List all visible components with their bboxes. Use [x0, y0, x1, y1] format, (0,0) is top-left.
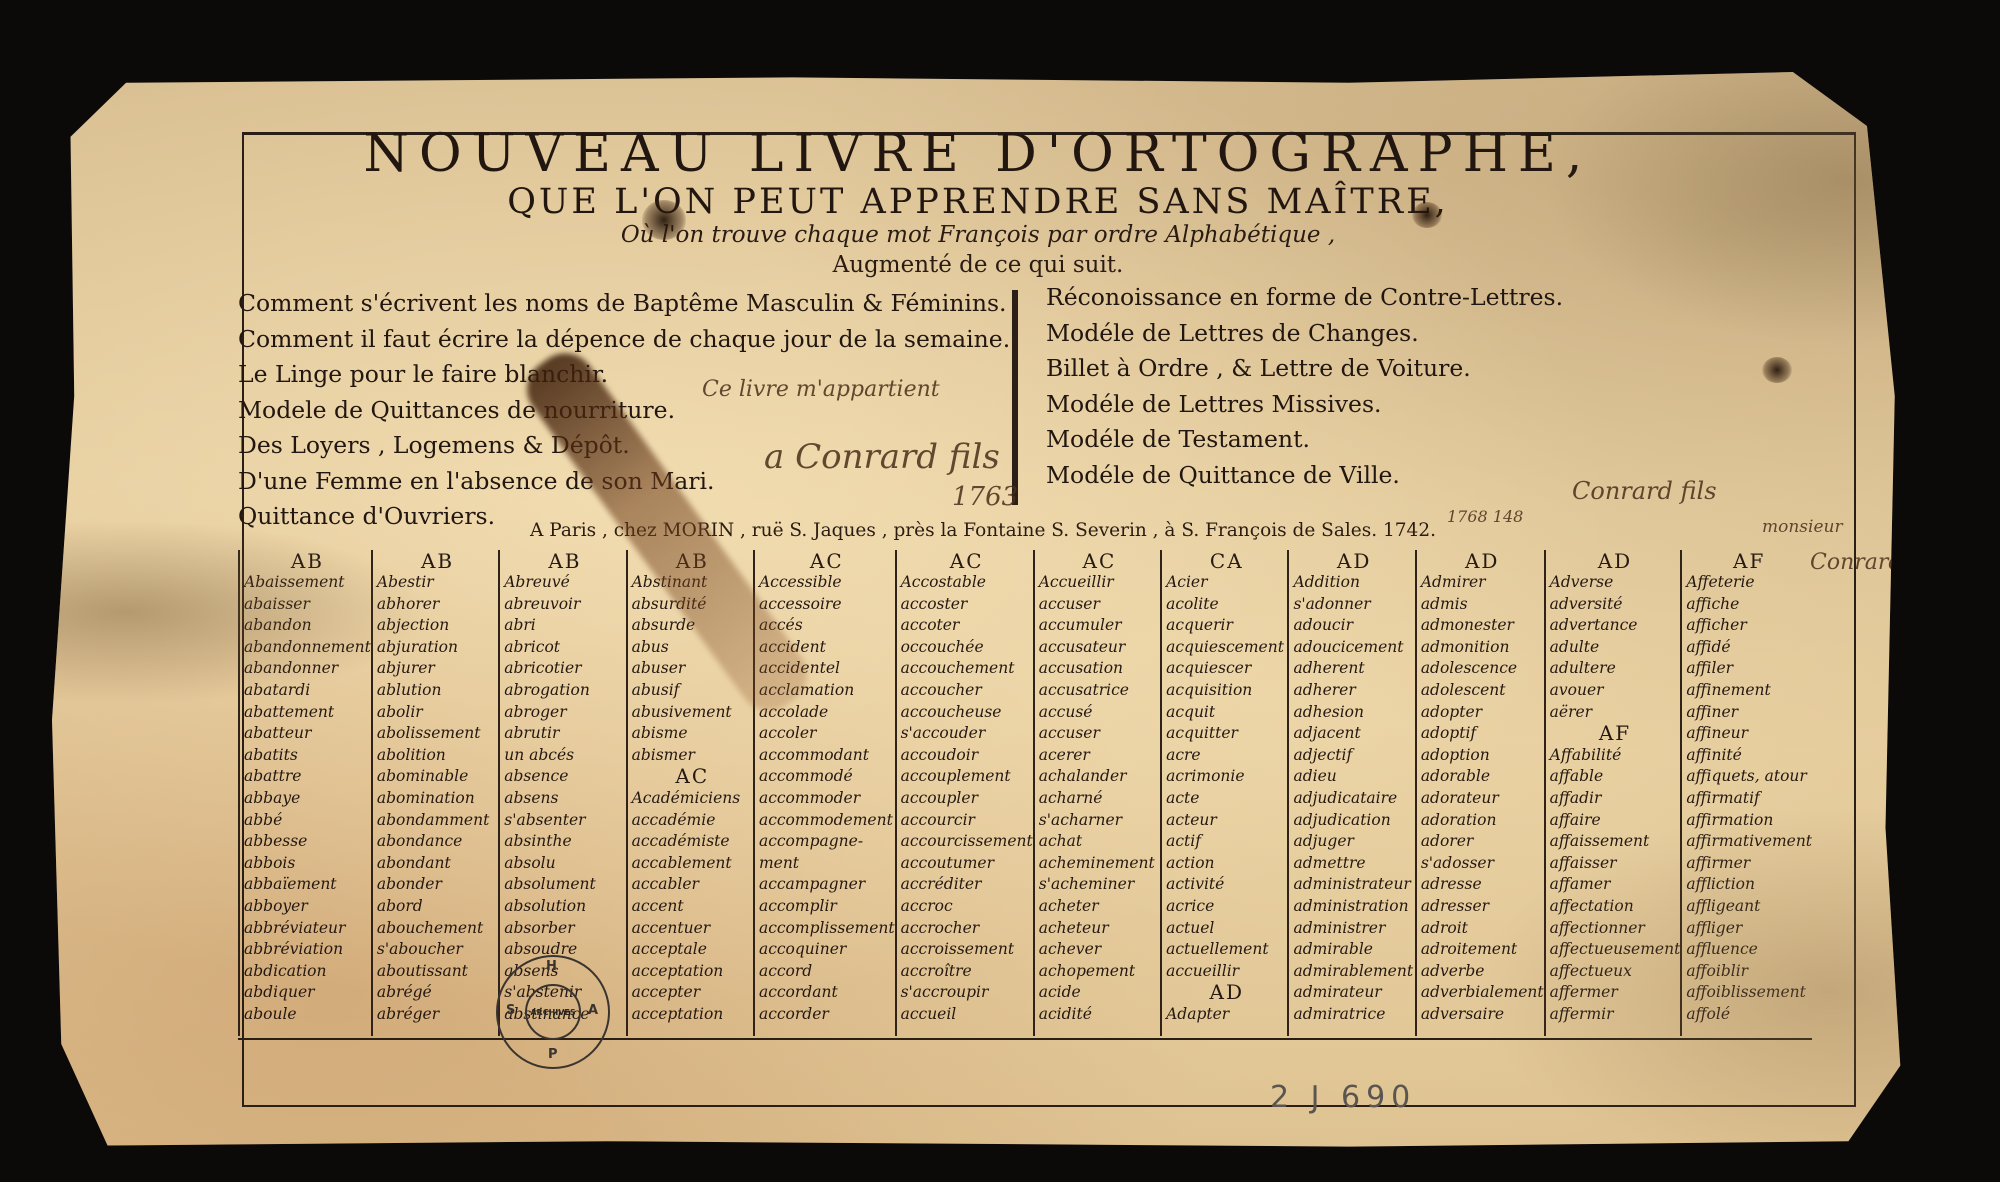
word-entry: Accueillir: [1039, 572, 1160, 594]
word-entry: accusation: [1039, 658, 1160, 680]
word-entry: accuser: [1039, 594, 1160, 616]
word-entry: accoquiner: [759, 939, 895, 961]
word-entry: acide: [1039, 982, 1160, 1004]
word-entry: abbé: [244, 810, 371, 832]
word-entry: achopement: [1039, 961, 1160, 983]
word-entry: achat: [1039, 831, 1160, 853]
word-entry: s'adonner: [1293, 594, 1414, 616]
word-entry: Académiciens: [632, 788, 753, 810]
word-entry: adversaire: [1421, 1004, 1544, 1026]
word-entry: abattre: [244, 766, 371, 788]
word-entry: absens: [504, 788, 625, 810]
word-entry: accoupler: [901, 788, 1033, 810]
title-line-2: QUE L'ON PEUT APPRENDRE SANS MAÎTRE,: [52, 182, 1904, 222]
word-column: ABAbestirabhorerabjectionabjurationabjur…: [371, 550, 498, 1036]
word-entry: affiler: [1686, 658, 1812, 680]
word-entry: ablution: [377, 680, 498, 702]
word-column: AFAffeterieafficheafficheraffidéaffilera…: [1680, 550, 1812, 1036]
word-column: ADAdverseadversitéadvertanceadulteadulte…: [1544, 550, 1681, 1036]
word-entry: accentuer: [632, 918, 753, 940]
word-entry: abolition: [377, 745, 498, 767]
word-entry: accoucher: [901, 680, 1033, 702]
word-entry: abondant: [377, 853, 498, 875]
word-entry: absorber: [504, 918, 625, 940]
stamp-letter-top: H: [546, 959, 557, 974]
ink-stain-dot: [1762, 357, 1792, 383]
word-entry: adjectif: [1293, 745, 1414, 767]
word-entry: abattement: [244, 702, 371, 724]
word-entry: affermir: [1550, 1004, 1681, 1026]
word-entry: affirmation: [1686, 810, 1812, 832]
word-entry: affolé: [1686, 1004, 1812, 1026]
column-heading: AC: [901, 550, 1033, 572]
word-entry: adolescent: [1421, 680, 1544, 702]
handwritten-signature: a Conrard fils: [764, 437, 1000, 477]
word-entry: abondamment: [377, 810, 498, 832]
word-entry: abomination: [377, 788, 498, 810]
word-entry: Accostable: [901, 572, 1033, 594]
word-entry: acidité: [1039, 1004, 1160, 1026]
word-entry: Acier: [1166, 572, 1287, 594]
word-entry: absinthe: [504, 831, 625, 853]
word-entry: accablement: [632, 853, 753, 875]
word-entry: Affeterie: [1686, 572, 1812, 594]
handwritten-right-signature: Conrard fils: [1572, 477, 1717, 505]
word-entry: acheter: [1039, 896, 1160, 918]
word-entry: abatits: [244, 745, 371, 767]
word-entry: accommoder: [759, 788, 895, 810]
word-entry: accueil: [901, 1004, 1033, 1026]
word-entry: adorer: [1421, 831, 1544, 853]
word-entry: accessoire: [759, 594, 895, 616]
stamp-letter-bottom: P: [548, 1047, 558, 1062]
word-entry: abandonner: [244, 658, 371, 680]
word-entry: s'absenter: [504, 810, 625, 832]
word-entry: abdiquer: [244, 982, 371, 1004]
word-entry: accadémiste: [632, 831, 753, 853]
column-heading: AB: [504, 550, 625, 572]
word-entry: affirmer: [1686, 853, 1812, 875]
contents-item: Réconoissance en forme de Contre-Lettres…: [1046, 280, 1563, 316]
word-entry: adherer: [1293, 680, 1414, 702]
word-entry: affligeant: [1686, 896, 1812, 918]
word-entry: adhesion: [1293, 702, 1414, 724]
column-heading: AB: [377, 550, 498, 572]
word-entry: abreuvoir: [504, 594, 625, 616]
word-entry: affadir: [1550, 788, 1681, 810]
word-entry: un abcés: [504, 745, 625, 767]
word-entry: acceptale: [632, 939, 753, 961]
section-subheading: AC: [632, 766, 753, 788]
section-subheading: AF: [1550, 723, 1681, 745]
word-entry: affliger: [1686, 918, 1812, 940]
stamp-letter-right: A: [588, 1003, 598, 1018]
stamp-center: ARCHIVES: [525, 984, 581, 1040]
word-entry: affable: [1550, 766, 1681, 788]
word-entry: adoption: [1421, 745, 1544, 767]
word-entry: abrégé: [377, 982, 498, 1004]
word-entry: acharné: [1039, 788, 1160, 810]
word-entry: accroc: [901, 896, 1033, 918]
word-entry: adherent: [1293, 658, 1414, 680]
word-entry: absolu: [504, 853, 625, 875]
word-entry: abisme: [632, 723, 753, 745]
word-entry: accrocher: [901, 918, 1033, 940]
word-entry: affluence: [1686, 939, 1812, 961]
word-entry: acrice: [1166, 896, 1287, 918]
word-entry: achalander: [1039, 766, 1160, 788]
word-entry: abatardi: [244, 680, 371, 702]
word-entry: administrer: [1293, 918, 1414, 940]
word-entry: accumuler: [1039, 615, 1160, 637]
word-entry: adjudicataire: [1293, 788, 1414, 810]
word-entry: accouplement: [901, 766, 1033, 788]
word-entry: accadémie: [632, 810, 753, 832]
word-entry: abaisser: [244, 594, 371, 616]
word-entry: accoudoir: [901, 745, 1033, 767]
word-entry: accorder: [759, 1004, 895, 1026]
word-entry: accroissement: [901, 939, 1033, 961]
word-entry: accomplir: [759, 896, 895, 918]
word-entry: affirmatif: [1686, 788, 1812, 810]
word-entry: acheteur: [1039, 918, 1160, 940]
word-entry: affectueux: [1550, 961, 1681, 983]
word-entry: Abreuvé: [504, 572, 625, 594]
word-entry: absence: [504, 766, 625, 788]
word-entry: accusateur: [1039, 637, 1160, 659]
word-entry: abricotier: [504, 658, 625, 680]
word-entry: absolution: [504, 896, 625, 918]
word-entry: adolescence: [1421, 658, 1544, 680]
word-entry: acceptation: [632, 1004, 753, 1026]
word-entry: admis: [1421, 594, 1544, 616]
word-entry: abusivement: [632, 702, 753, 724]
word-entry: actif: [1166, 831, 1287, 853]
word-entry: abolir: [377, 702, 498, 724]
word-entry: affaisser: [1550, 853, 1681, 875]
word-entry: accent: [632, 896, 753, 918]
word-entry: admettre: [1293, 853, 1414, 875]
word-entry: abbréviation: [244, 939, 371, 961]
word-entry: accoutumer: [901, 853, 1033, 875]
column-heading: AF: [1686, 550, 1812, 572]
word-entry: acquit: [1166, 702, 1287, 724]
word-entry: affamer: [1550, 874, 1681, 896]
word-entry: acquiescement: [1166, 637, 1287, 659]
word-entry: Adapter: [1166, 1004, 1287, 1026]
word-entry: acerer: [1039, 745, 1160, 767]
word-entry: abismer: [632, 745, 753, 767]
ink-stain-dot: [1412, 202, 1442, 228]
contents-item: Modéle de Lettres Missives.: [1046, 387, 1563, 423]
word-entry: ment: [759, 853, 895, 875]
word-entry: acquerir: [1166, 615, 1287, 637]
word-entry: abjection: [377, 615, 498, 637]
contents-item: Comment il faut écrire la dépence de cha…: [238, 322, 1010, 358]
word-entry: s'aboucher: [377, 939, 498, 961]
word-entry: Admirer: [1421, 572, 1544, 594]
contents-item: Billet à Ordre , & Lettre de Voiture.: [1046, 351, 1563, 387]
word-entry: accourcissement: [901, 831, 1033, 853]
word-entry: adoucir: [1293, 615, 1414, 637]
word-entry: affectionner: [1550, 918, 1681, 940]
word-entry: accouchement: [901, 658, 1033, 680]
word-entry: affaire: [1550, 810, 1681, 832]
column-heading: AD: [1421, 550, 1544, 572]
word-entry: acheminement: [1039, 853, 1160, 875]
word-column: ACAccueilliraccuseraccumuleraccusateurac…: [1033, 550, 1160, 1036]
word-entry: accord: [759, 961, 895, 983]
word-entry: aboutissant: [377, 961, 498, 983]
word-entry: abbaye: [244, 788, 371, 810]
handwritten-ownership-note: Ce livre m'appartient: [702, 377, 940, 402]
word-entry: abdication: [244, 961, 371, 983]
word-entry: accuser: [1039, 723, 1160, 745]
word-entry: adroitement: [1421, 939, 1544, 961]
word-entry: acceptation: [632, 961, 753, 983]
word-entry: adoptif: [1421, 723, 1544, 745]
word-entry: accoster: [901, 594, 1033, 616]
word-entry: accompagne-: [759, 831, 895, 853]
column-heading: AC: [759, 550, 895, 572]
word-entry: actuellement: [1166, 939, 1287, 961]
archive-stamp: H S A P ARCHIVES: [496, 955, 610, 1069]
word-entry: affirmativement: [1686, 831, 1812, 853]
handwritten-year: 1763: [952, 482, 1018, 512]
word-entry: accroître: [901, 961, 1033, 983]
word-entry: affiner: [1686, 702, 1812, 724]
word-entry: adorateur: [1421, 788, 1544, 810]
handwritten-right-year: 1768 148: [1447, 507, 1523, 526]
word-columns: ABAbaissementabaisserabandonabandonnemen…: [238, 550, 1812, 1036]
contents-item: Modéle de Quittance de Ville.: [1046, 458, 1563, 494]
word-entry: acrimonie: [1166, 766, 1287, 788]
word-entry: adoucicement: [1293, 637, 1414, 659]
word-entry: aboule: [244, 1004, 371, 1026]
column-heading: AC: [1039, 550, 1160, 572]
word-entry: affaissement: [1550, 831, 1681, 853]
word-entry: admirablement: [1293, 961, 1414, 983]
word-entry: affliction: [1686, 874, 1812, 896]
word-entry: adverbe: [1421, 961, 1544, 983]
word-entry: adresse: [1421, 874, 1544, 896]
word-column: ADAdditions'adonneradouciradoucicementad…: [1287, 550, 1414, 1036]
word-entry: acolite: [1166, 594, 1287, 616]
document-sheet: NOUVEAU LIVRE D'ORTOGRAPHE, QUE L'ON PEU…: [52, 72, 1904, 1152]
word-entry: admirateur: [1293, 982, 1414, 1004]
word-entry: abominable: [377, 766, 498, 788]
word-column: ACAccostableaccosteraccoteroccouchéeacco…: [895, 550, 1033, 1036]
word-entry: adulte: [1550, 637, 1681, 659]
word-entry: accommodant: [759, 745, 895, 767]
word-entry: abréger: [377, 1004, 498, 1026]
section-subheading: AD: [1166, 982, 1287, 1004]
word-entry: adjuger: [1293, 831, 1414, 853]
word-entry: activité: [1166, 874, 1287, 896]
word-entry: accommodement: [759, 810, 895, 832]
word-entry: accabler: [632, 874, 753, 896]
word-entry: adversité: [1550, 594, 1681, 616]
word-entry: afficher: [1686, 615, 1812, 637]
word-entry: adjudication: [1293, 810, 1414, 832]
word-entry: achever: [1039, 939, 1160, 961]
word-entry: abolissement: [377, 723, 498, 745]
word-entry: acteur: [1166, 810, 1287, 832]
word-entry: occouchée: [901, 637, 1033, 659]
word-entry: accréditer: [901, 874, 1033, 896]
word-entry: abandonnement: [244, 637, 371, 659]
word-entry: Accessible: [759, 572, 895, 594]
word-entry: admirable: [1293, 939, 1414, 961]
word-entry: administrateur: [1293, 874, 1414, 896]
column-heading: CA: [1166, 550, 1287, 572]
word-entry: s'acheminer: [1039, 874, 1160, 896]
word-entry: abbois: [244, 853, 371, 875]
handwritten-right-word: monsieur: [1762, 517, 1843, 537]
word-entry: Addition: [1293, 572, 1414, 594]
word-entry: accourcir: [901, 810, 1033, 832]
archive-call-number: 2 J 690: [1270, 1080, 1416, 1115]
word-entry: admonition: [1421, 637, 1544, 659]
word-column: CAAcieracoliteacqueriracquiescementacqui…: [1160, 550, 1287, 1036]
contents-item: Modéle de Lettres de Changes.: [1046, 316, 1563, 352]
word-entry: affoiblissement: [1686, 982, 1812, 1004]
column-heading: AD: [1550, 550, 1681, 572]
contents-item: Modéle de Testament.: [1046, 422, 1563, 458]
word-entry: abrutir: [504, 723, 625, 745]
word-entry: adultere: [1550, 658, 1681, 680]
word-entry: adieu: [1293, 766, 1414, 788]
stamp-letter-left: S: [506, 1003, 515, 1018]
word-entry: acre: [1166, 745, 1287, 767]
word-entry: absolument: [504, 874, 625, 896]
column-heading: AB: [244, 550, 371, 572]
word-entry: Adverse: [1550, 572, 1681, 594]
word-entry: abord: [377, 896, 498, 918]
word-entry: admonester: [1421, 615, 1544, 637]
contents-right: Réconoissance en forme de Contre-Lettres…: [1046, 280, 1563, 493]
word-entry: acquiescer: [1166, 658, 1287, 680]
word-column: ADAdmireradmisadmonesteradmonitionadoles…: [1415, 550, 1544, 1036]
word-entry: Abestir: [377, 572, 498, 594]
word-entry: adroit: [1421, 918, 1544, 940]
word-entry: admiratrice: [1293, 1004, 1414, 1026]
word-column: ABAbaissementabaisserabandonabandonnemen…: [238, 550, 371, 1036]
word-entry: abri: [504, 615, 625, 637]
word-entry: abbréviateur: [244, 918, 371, 940]
word-entry: accepter: [632, 982, 753, 1004]
word-entry: aërer: [1550, 702, 1681, 724]
word-entry: Affabilité: [1550, 745, 1681, 767]
word-entry: affinité: [1686, 745, 1812, 767]
word-entry: affoiblir: [1686, 961, 1812, 983]
column-heading: AD: [1293, 550, 1414, 572]
word-entry: adjacent: [1293, 723, 1414, 745]
word-entry: administration: [1293, 896, 1414, 918]
title-line-1: NOUVEAU LIVRE D'ORTOGRAPHE,: [52, 124, 1904, 184]
word-entry: abrogation: [504, 680, 625, 702]
bottom-rule: [238, 1038, 1812, 1040]
word-entry: accoler: [759, 723, 895, 745]
word-entry: affectation: [1550, 896, 1681, 918]
word-entry: acte: [1166, 788, 1287, 810]
word-entry: acquisition: [1166, 680, 1287, 702]
word-entry: advertance: [1550, 615, 1681, 637]
word-entry: abbesse: [244, 831, 371, 853]
word-entry: accampagner: [759, 874, 895, 896]
word-entry: accomplissement: [759, 918, 895, 940]
word-entry: adopter: [1421, 702, 1544, 724]
word-entry: actuel: [1166, 918, 1287, 940]
word-entry: abjurer: [377, 658, 498, 680]
word-entry: s'accouder: [901, 723, 1033, 745]
word-entry: s'accroupir: [901, 982, 1033, 1004]
word-entry: affiquets, atour: [1686, 766, 1812, 788]
word-entry: acquitter: [1166, 723, 1287, 745]
contents-divider: [1012, 290, 1018, 505]
word-entry: abroger: [504, 702, 625, 724]
word-entry: adresser: [1421, 896, 1544, 918]
word-entry: abatteur: [244, 723, 371, 745]
contents-item: Comment s'écrivent les noms de Baptême M…: [238, 286, 1010, 322]
word-entry: abricot: [504, 637, 625, 659]
word-entry: affineur: [1686, 723, 1812, 745]
word-entry: affermer: [1550, 982, 1681, 1004]
word-entry: accoter: [901, 615, 1033, 637]
word-entry: abhorer: [377, 594, 498, 616]
ink-stain-dot: [642, 200, 686, 240]
word-entry: accusatrice: [1039, 680, 1160, 702]
word-entry: action: [1166, 853, 1287, 875]
augment-line: Augmenté de ce qui suit.: [52, 252, 1904, 278]
word-entry: accusé: [1039, 702, 1160, 724]
word-entry: abonder: [377, 874, 498, 896]
word-entry: accordant: [759, 982, 895, 1004]
subtitle: Où l'on trouve chaque mot François par o…: [52, 222, 1904, 248]
word-entry: accommodé: [759, 766, 895, 788]
word-entry: adverbialement: [1421, 982, 1544, 1004]
word-entry: s'adosser: [1421, 853, 1544, 875]
word-entry: accueillir: [1166, 961, 1287, 983]
word-entry: affectueusement: [1550, 939, 1681, 961]
word-entry: abouchement: [377, 918, 498, 940]
word-entry: affidé: [1686, 637, 1812, 659]
word-entry: affiche: [1686, 594, 1812, 616]
word-entry: Abaissement: [244, 572, 371, 594]
word-entry: abbaïement: [244, 874, 371, 896]
word-entry: abboyer: [244, 896, 371, 918]
word-entry: affinement: [1686, 680, 1812, 702]
word-entry: adorable: [1421, 766, 1544, 788]
handwritten-margin-name: Conrard: [1810, 550, 1902, 575]
word-entry: adoration: [1421, 810, 1544, 832]
word-entry: accoucheuse: [901, 702, 1033, 724]
word-entry: abondance: [377, 831, 498, 853]
word-entry: abandon: [244, 615, 371, 637]
word-entry: s'acharner: [1039, 810, 1160, 832]
word-entry: avouer: [1550, 680, 1681, 702]
word-entry: abjuration: [377, 637, 498, 659]
